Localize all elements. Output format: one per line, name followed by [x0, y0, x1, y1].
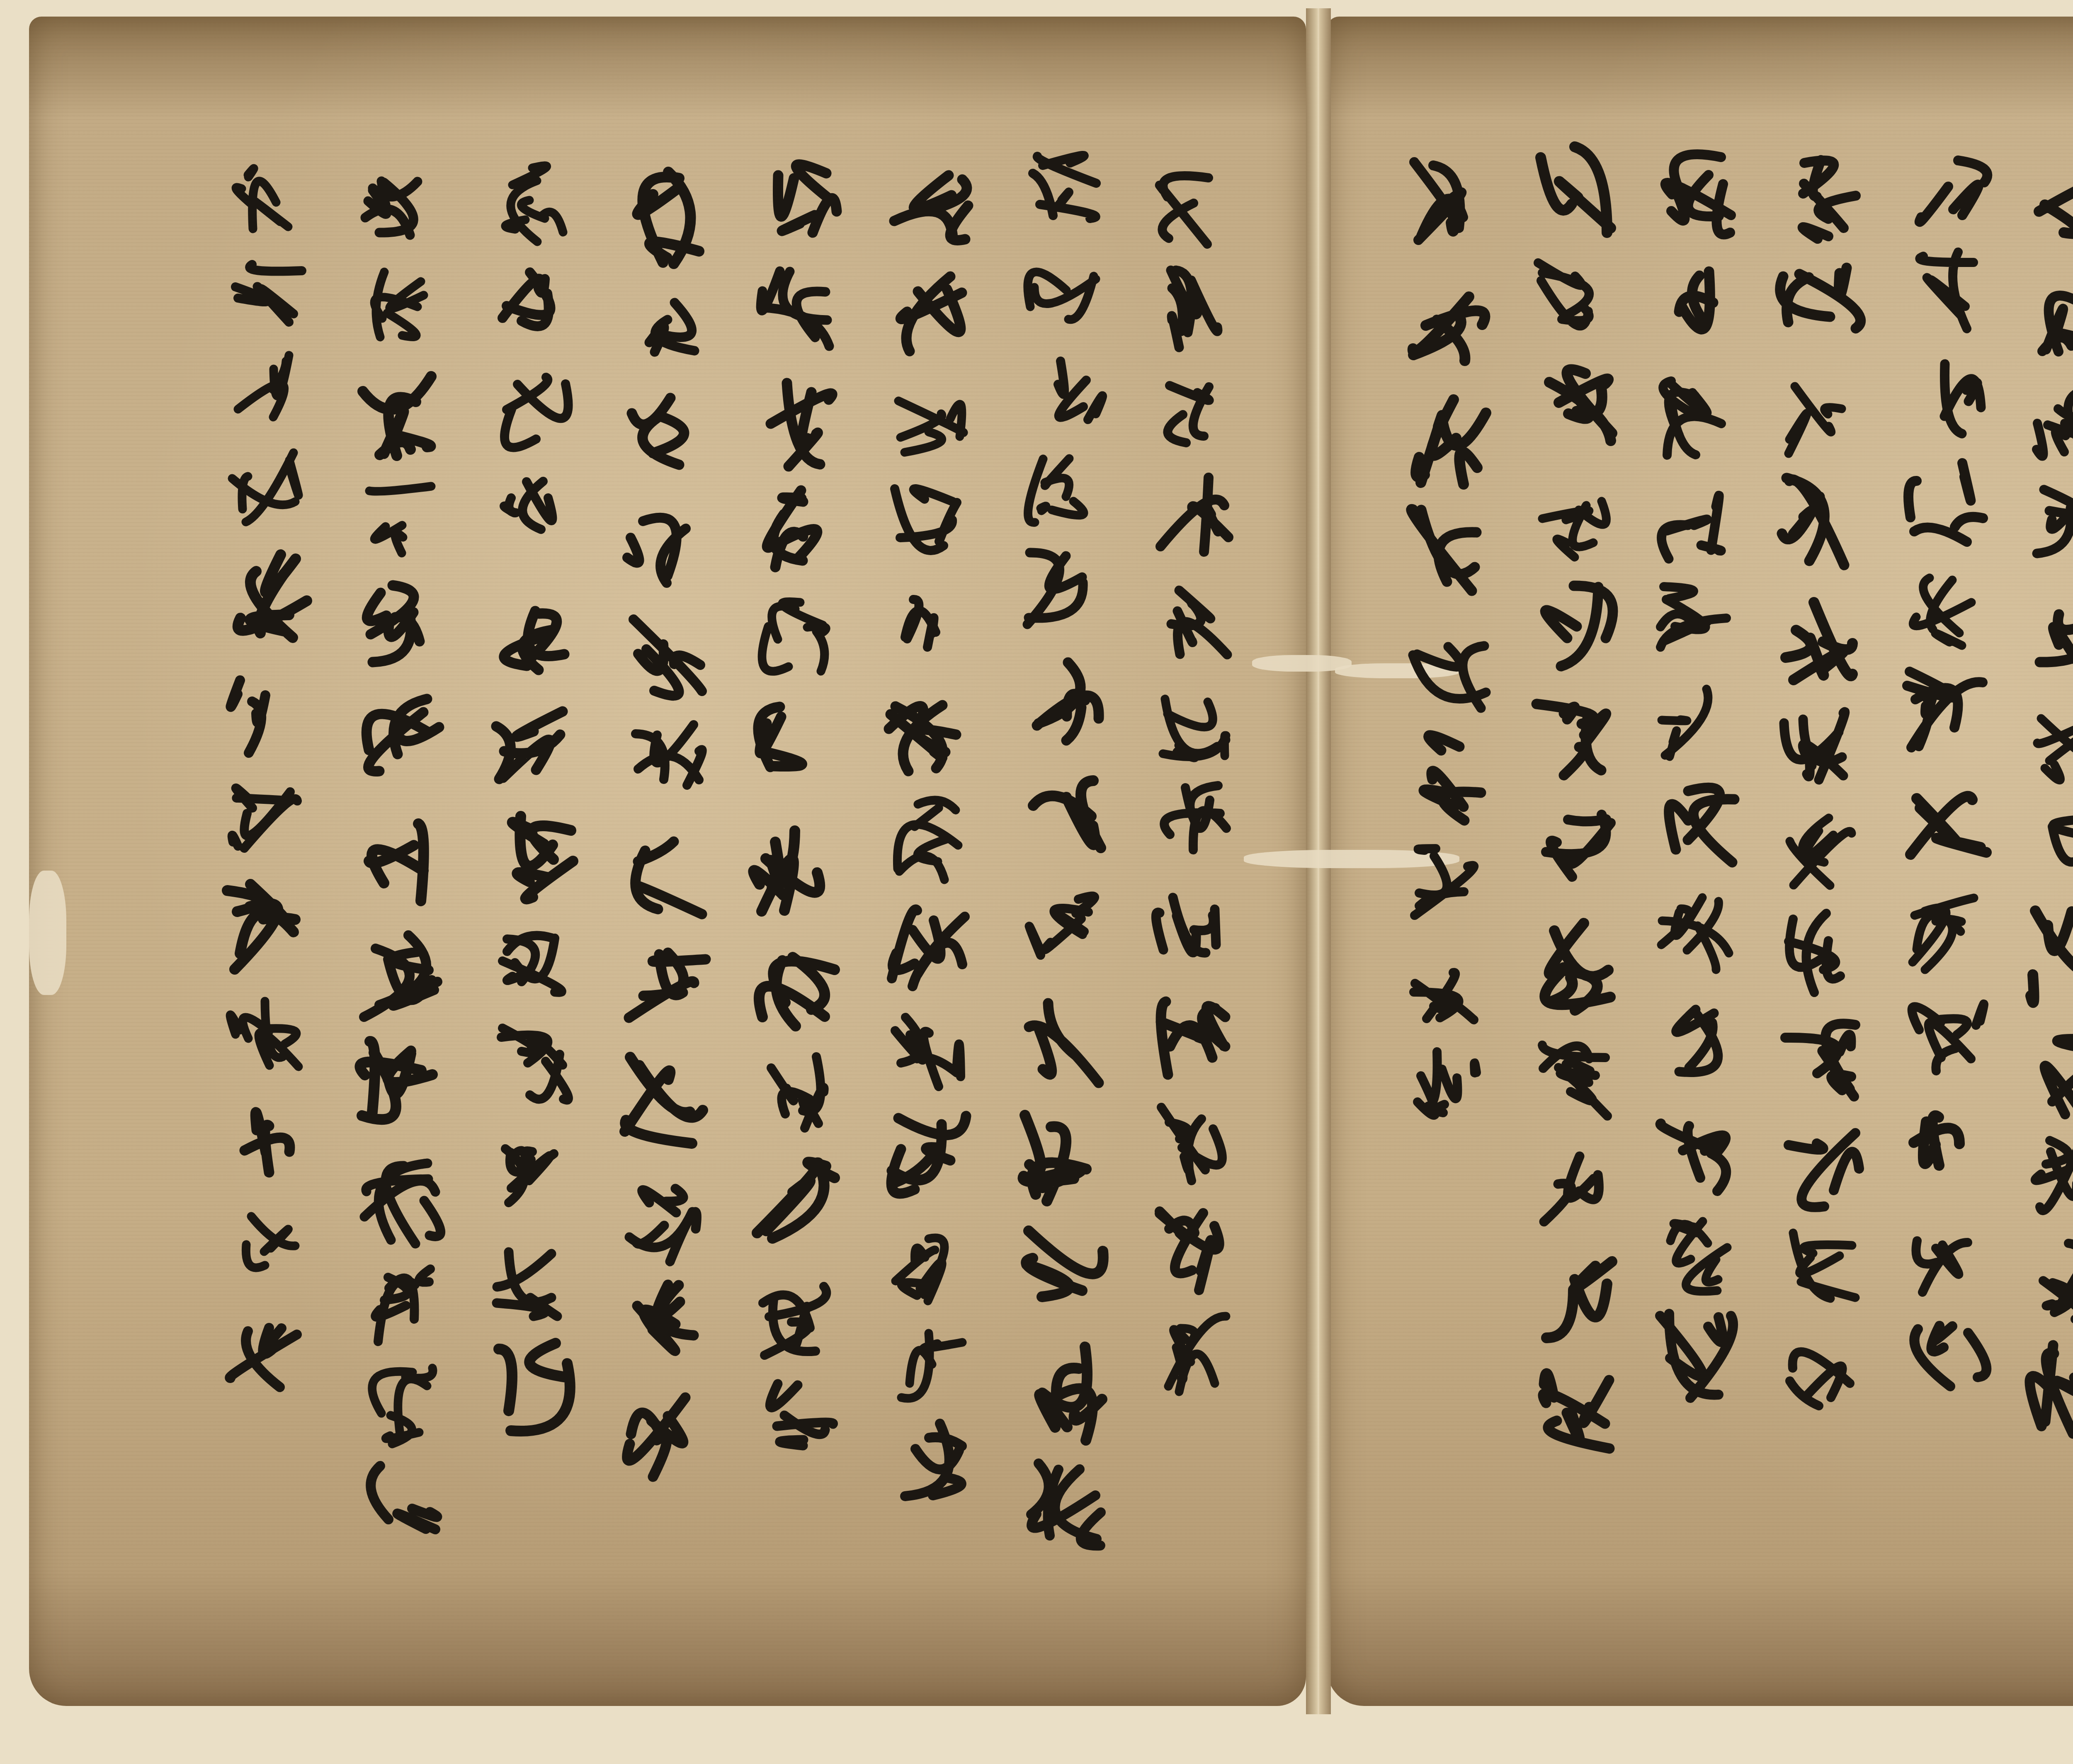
cursive-glyph	[348, 151, 452, 255]
cursive-glyph	[1142, 775, 1244, 877]
cursive-glyph	[341, 351, 459, 469]
cursive-glyph	[217, 440, 316, 538]
cursive-glyph	[1524, 470, 1622, 568]
cursive-glyph	[607, 158, 724, 276]
cursive-glyph	[1886, 1084, 2005, 1203]
cursive-glyph	[1764, 464, 1879, 579]
cursive-glyph	[1142, 155, 1244, 257]
cursive-glyph	[479, 1220, 586, 1328]
cursive-glyph	[1516, 682, 1630, 796]
cursive-glyph	[874, 890, 984, 1000]
cursive-glyph	[345, 918, 456, 1029]
cursive-glyph	[2013, 585, 2073, 701]
cursive-glyph	[611, 604, 720, 714]
text-column	[1136, 155, 1250, 1403]
cursive-glyph	[749, 592, 847, 690]
cursive-glyph	[1138, 464, 1248, 573]
cursive-glyph	[1399, 1038, 1499, 1138]
paper-wear	[29, 871, 66, 995]
cursive-glyph	[218, 986, 315, 1082]
cursive-glyph	[1891, 451, 2000, 560]
cursive-glyph	[1009, 1453, 1118, 1561]
cursive-glyph	[738, 803, 858, 924]
cursive-glyph	[1765, 138, 1878, 251]
cursive-glyph	[215, 765, 318, 868]
cursive-glyph	[1895, 242, 1998, 345]
cursive-glyph	[1398, 937, 1500, 1038]
cursive-glyph	[871, 1099, 987, 1215]
cursive-glyph	[1014, 245, 1113, 343]
cursive-glyph	[1389, 260, 1509, 379]
cursive-glyph	[1764, 251, 1879, 366]
cursive-glyph	[605, 1045, 725, 1165]
cursive-glyph	[1141, 361, 1245, 464]
cursive-glyph	[616, 714, 715, 813]
cursive-glyph	[1395, 614, 1503, 721]
cursive-glyph	[1004, 1335, 1122, 1453]
cursive-glyph	[351, 469, 449, 568]
cursive-glyph	[2022, 701, 2073, 798]
cursive-glyph	[1013, 343, 1113, 443]
cursive-glyph	[741, 365, 855, 478]
cursive-glyph	[1641, 1301, 1750, 1411]
cursive-glyph	[1768, 698, 1875, 806]
cursive-glyph	[1897, 560, 1995, 657]
cursive-glyph	[352, 255, 448, 351]
cursive-glyph	[1141, 257, 1245, 361]
cursive-glyph	[614, 276, 717, 380]
cursive-glyph	[1141, 573, 1245, 677]
cursive-glyph	[1514, 352, 1632, 470]
cursive-glyph	[1645, 576, 1745, 677]
cursive-glyph	[1005, 979, 1122, 1096]
text-column	[1513, 134, 1632, 1471]
cursive-glyph	[473, 1328, 592, 1446]
cursive-glyph	[481, 1017, 584, 1120]
cursive-glyph	[1638, 774, 1753, 888]
cursive-glyph	[1646, 888, 1745, 986]
cursive-glyph	[1640, 142, 1751, 253]
cursive-glyph	[1144, 1306, 1242, 1403]
cursive-glyph	[344, 685, 457, 798]
cursive-glyph	[872, 148, 986, 262]
text-column	[473, 155, 592, 1446]
cursive-glyph	[473, 798, 592, 918]
cursive-glyph	[612, 1165, 719, 1272]
cursive-glyph	[2013, 1332, 2073, 1448]
cursive-glyph	[611, 496, 720, 604]
cursive-glyph	[1767, 1003, 1876, 1113]
cursive-glyph	[342, 568, 459, 685]
cursive-glyph	[1011, 540, 1116, 644]
cursive-glyph	[1641, 468, 1750, 576]
cursive-glyph	[2015, 263, 2073, 375]
cursive-glyph	[1015, 443, 1112, 540]
cursive-glyph	[747, 1264, 849, 1366]
text-column	[1003, 144, 1123, 1561]
cursive-glyph	[607, 380, 723, 496]
cursive-glyph	[218, 342, 316, 440]
cursive-glyph	[607, 1385, 724, 1502]
cursive-glyph	[1391, 721, 1506, 836]
cursive-glyph	[879, 1000, 978, 1099]
cursive-glyph	[607, 813, 723, 929]
cursive-glyph	[1143, 1096, 1243, 1196]
cursive-glyph	[1138, 1196, 1248, 1306]
cursive-glyph	[609, 1272, 722, 1385]
cursive-glyph	[1393, 147, 1505, 260]
cursive-glyph	[1399, 836, 1499, 937]
cursive-glyph	[871, 262, 987, 378]
cursive-glyph	[482, 466, 584, 568]
cursive-glyph	[1767, 1113, 1877, 1223]
cursive-glyph	[738, 1145, 858, 1264]
cursive-glyph	[212, 656, 321, 765]
cursive-glyph	[738, 924, 858, 1043]
cursive-glyph	[1516, 568, 1629, 682]
cursive-glyph	[745, 258, 852, 365]
cursive-glyph	[2020, 375, 2073, 476]
cursive-glyph	[880, 792, 978, 890]
cursive-glyph	[1890, 657, 2002, 769]
text-column	[207, 144, 325, 1405]
cursive-glyph	[1771, 902, 1872, 1003]
cursive-glyph	[1893, 345, 1999, 451]
cursive-glyph	[212, 1296, 321, 1405]
cursive-glyph	[1006, 644, 1121, 759]
cursive-glyph	[1638, 253, 1753, 368]
cursive-glyph	[1140, 877, 1245, 983]
text-column	[1389, 147, 1509, 1138]
cursive-glyph	[1896, 1203, 1996, 1303]
cursive-glyph	[871, 676, 987, 792]
cursive-glyph	[745, 1366, 852, 1473]
cursive-glyph	[1514, 134, 1632, 252]
cursive-glyph	[216, 240, 317, 342]
cursive-glyph	[482, 364, 584, 466]
text-column	[2011, 145, 2073, 1448]
cursive-glyph	[1013, 144, 1114, 245]
text-column	[1762, 138, 1881, 1422]
cursive-glyph	[344, 1454, 456, 1567]
cursive-glyph	[1004, 1215, 1123, 1335]
cursive-glyph	[1390, 379, 1508, 497]
cursive-glyph	[879, 475, 979, 575]
cursive-glyph	[1513, 908, 1632, 1027]
cursive-glyph	[340, 798, 460, 918]
cursive-glyph	[1647, 1204, 1744, 1301]
cursive-glyph	[880, 378, 978, 475]
text-column	[340, 151, 460, 1567]
cursive-glyph	[483, 1120, 583, 1220]
cursive-glyph	[1886, 769, 2005, 888]
cursive-glyph	[352, 1356, 449, 1454]
cursive-glyph	[1640, 1093, 1751, 1204]
cursive-glyph	[2015, 1019, 2073, 1130]
text-column	[738, 145, 858, 1473]
cursive-glyph	[879, 575, 979, 676]
cursive-glyph	[1391, 497, 1507, 614]
cursive-glyph	[1520, 1130, 1626, 1236]
cursive-glyph	[208, 538, 325, 656]
cursive-glyph	[475, 683, 590, 798]
cursive-glyph	[1646, 368, 1745, 468]
cursive-glyph	[218, 1199, 315, 1296]
cursive-glyph	[1513, 1236, 1632, 1355]
cursive-glyph	[1522, 1027, 1624, 1130]
cursive-glyph	[340, 1029, 460, 1149]
cursive-glyph	[881, 1311, 977, 1407]
cursive-glyph	[207, 868, 325, 986]
cursive-glyph	[1773, 1223, 1871, 1321]
text-column	[871, 148, 987, 1516]
cursive-glyph	[2021, 798, 2073, 898]
cursive-glyph	[1144, 677, 1242, 775]
cursive-glyph	[218, 144, 315, 240]
cursive-glyph	[1647, 677, 1744, 774]
cursive-glyph	[2021, 1232, 2073, 1332]
cursive-glyph	[351, 1257, 450, 1356]
cursive-glyph	[742, 690, 855, 803]
cursive-glyph	[1003, 759, 1123, 878]
cursive-glyph	[1890, 1303, 2002, 1415]
cursive-glyph	[2011, 898, 2073, 1019]
text-column	[605, 158, 725, 1502]
cursive-glyph	[1771, 1321, 1872, 1422]
cursive-glyph	[1890, 129, 2003, 242]
cursive-glyph	[346, 1149, 454, 1257]
cursive-glyph	[484, 155, 582, 253]
cursive-glyph	[1774, 806, 1870, 902]
cursive-glyph	[1773, 366, 1870, 464]
cursive-glyph	[608, 929, 723, 1045]
cursive-glyph	[477, 253, 588, 364]
cursive-glyph	[747, 1043, 849, 1145]
cursive-glyph	[1762, 579, 1881, 698]
cursive-glyph	[742, 145, 855, 258]
cursive-glyph	[1523, 252, 1623, 352]
cursive-glyph	[875, 1407, 983, 1516]
cursive-glyph	[475, 568, 590, 683]
cursive-glyph	[2020, 1130, 2073, 1232]
cursive-glyph	[1642, 986, 1749, 1093]
cursive-glyph	[1004, 1096, 1123, 1215]
cursive-glyph	[1013, 878, 1114, 979]
cursive-glyph	[483, 918, 582, 1017]
text-column	[1638, 142, 1753, 1411]
cursive-glyph	[1136, 983, 1250, 1096]
cursive-glyph	[1515, 1355, 1631, 1471]
cursive-glyph	[2017, 476, 2073, 585]
cursive-glyph	[2012, 145, 2073, 263]
cursive-glyph	[881, 1215, 977, 1311]
cursive-glyph	[209, 1082, 325, 1199]
cursive-glyph	[742, 478, 855, 592]
cursive-glyph	[1517, 796, 1629, 908]
cursive-glyph	[1896, 985, 1996, 1084]
text-column	[1886, 129, 2005, 1415]
cursive-glyph	[1898, 888, 1994, 985]
